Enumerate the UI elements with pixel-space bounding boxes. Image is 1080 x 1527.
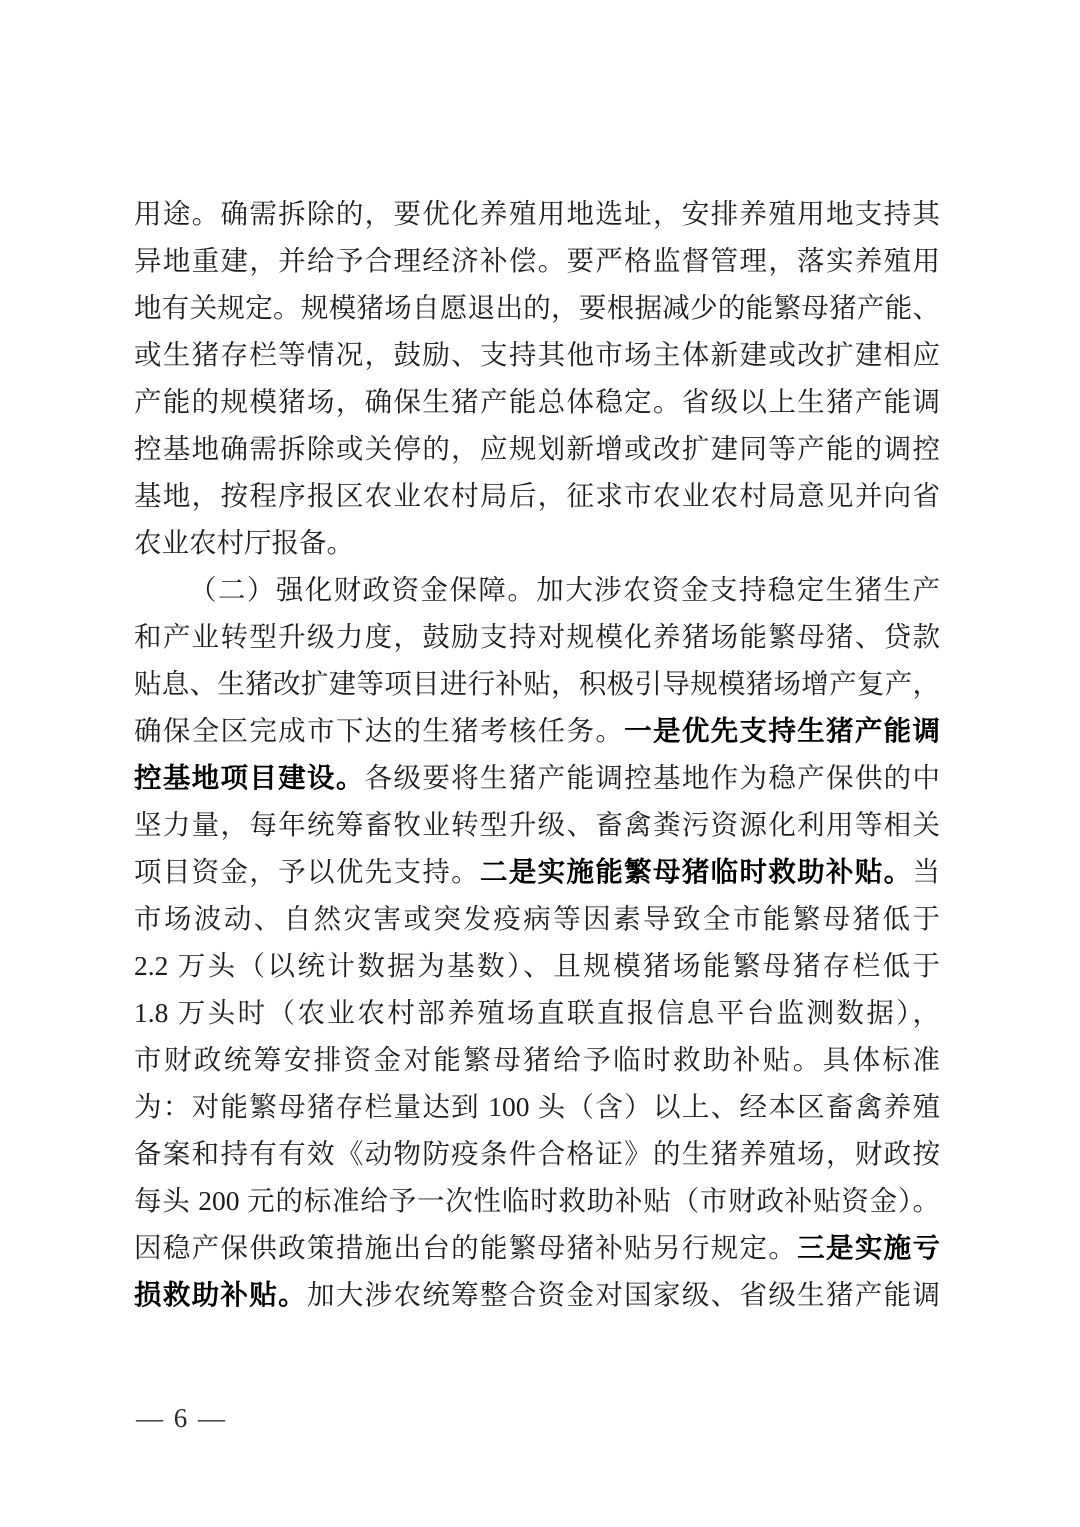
body-text: 或生猪存栏等情况，鼓励、支持其他市场主体新建或改扩建相应	[134, 339, 940, 370]
body-text: 每头 200 元的标准给予一次性临时救助补贴（市财政补贴资金）。	[134, 1185, 940, 1216]
text-line: 地有关规定。规模猪场自愿退出的，要根据减少的能繁母猪产能、	[134, 284, 940, 331]
body-text: 市财政统筹安排资金对能繁母猪给予临时救助补贴。具体标准	[134, 1044, 940, 1075]
body-text: 1.8 万头时（农业农村部养殖场直联直报信息平台监测数据），	[134, 997, 940, 1028]
body-text: 贴息、生猪改扩建等项目进行补贴，积极引导规模猪场增产复产，	[134, 668, 940, 699]
document-lines: 用途。确需拆除的，要优化养殖用地选址，安排养殖用地支持其异地重建，并给予合理经济…	[134, 190, 940, 1318]
text-line: 1.8 万头时（农业农村部养殖场直联直报信息平台监测数据），	[134, 989, 940, 1036]
body-text: 地有关规定。规模猪场自愿退出的，要根据减少的能繁母猪产能、	[134, 292, 940, 323]
body-text: 异地重建，并给予合理经济补偿。要严格监督管理，落实养殖用	[134, 245, 940, 276]
body-text: 产能的规模猪场，确保生猪产能总体稳定。省级以上生猪产能调	[134, 386, 940, 417]
text-line: 和产业转型升级力度，鼓励支持对规模化养猪场能繁母猪、贷款	[134, 613, 940, 660]
text-line: 坚力量，每年统筹畜牧业转型升级、畜禽粪污资源化利用等相关	[134, 801, 940, 848]
body-text: 农业农村厅报备。	[134, 527, 354, 558]
text-line: 因稳产保供政策措施出台的能繁母猪补贴另行规定。三是实施亏	[134, 1224, 940, 1271]
emphasis-text: 一是优先支持生猪产能调	[624, 715, 940, 746]
emphasis-text: 三是实施亏	[797, 1232, 940, 1263]
page-number: — 6 —	[136, 1403, 227, 1433]
body-text: 基地，按程序报区农业农村局后，征求市农业农村局意见并向省	[134, 480, 940, 511]
text-line: 为：对能繁母猪存栏量达到 100 头（含）以上、经本区畜禽养殖	[134, 1083, 940, 1130]
text-line: 基地，按程序报区农业农村局后，征求市农业农村局意见并向省	[134, 472, 940, 519]
text-line: 或生猪存栏等情况，鼓励、支持其他市场主体新建或改扩建相应	[134, 331, 940, 378]
body-text: 各级要将生猪产能调控基地作为稳产保供的中	[365, 762, 940, 793]
body-text: 用途。确需拆除的，要优化养殖用地选址，安排养殖用地支持其	[134, 198, 940, 229]
body-text: 坚力量，每年统筹畜牧业转型升级、畜禽粪污资源化利用等相关	[134, 809, 940, 840]
text-line: 项目资金，予以优先支持。二是实施能繁母猪临时救助补贴。当	[134, 848, 940, 895]
body-text: （二）强化财政资金保障。加大涉农资金支持稳定生猪生产	[189, 574, 940, 605]
body-text: 备案和持有有效《动物防疫条件合格证》的生猪养殖场，财政按	[134, 1138, 940, 1169]
body-text: 和产业转型升级力度，鼓励支持对规模化养猪场能繁母猪、贷款	[134, 621, 940, 652]
document-page: 用途。确需拆除的，要优化养殖用地选址，安排养殖用地支持其异地重建，并给予合理经济…	[0, 0, 1080, 1527]
text-line: 备案和持有有效《动物防疫条件合格证》的生猪养殖场，财政按	[134, 1130, 940, 1177]
body-text: 因稳产保供政策措施出台的能繁母猪补贴另行规定。	[134, 1232, 797, 1263]
text-line: 用途。确需拆除的，要优化养殖用地选址，安排养殖用地支持其	[134, 190, 940, 237]
text-line: （二）强化财政资金保障。加大涉农资金支持稳定生猪生产	[134, 566, 940, 613]
text-line: 确保全区完成市下达的生猪考核任务。一是优先支持生猪产能调	[134, 707, 940, 754]
text-line: 产能的规模猪场，确保生猪产能总体稳定。省级以上生猪产能调	[134, 378, 940, 425]
emphasis-text: 损救助补贴。	[134, 1279, 307, 1310]
body-text: 2.2 万头（以统计数据为基数）、且规模猪场能繁母猪存栏低于	[134, 950, 940, 981]
body-text: 确保全区完成市下达的生猪考核任务。	[134, 715, 624, 746]
text-line: 市场波动、自然灾害或突发疫病等因素导致全市能繁母猪低于	[134, 895, 940, 942]
body-text: 市场波动、自然灾害或突发疫病等因素导致全市能繁母猪低于	[134, 903, 940, 934]
body-text: 当	[913, 856, 941, 887]
body-text: 控基地确需拆除或关停的，应规划新增或改扩建同等产能的调控	[134, 433, 940, 464]
emphasis-text: 二是实施能繁母猪临时救助补贴。	[480, 856, 913, 887]
text-line: 异地重建，并给予合理经济补偿。要严格监督管理，落实养殖用	[134, 237, 940, 284]
text-line: 控基地确需拆除或关停的，应规划新增或改扩建同等产能的调控	[134, 425, 940, 472]
text-line: 2.2 万头（以统计数据为基数）、且规模猪场能繁母猪存栏低于	[134, 942, 940, 989]
page-footer: — 6 —	[136, 1398, 227, 1438]
emphasis-text: 控基地项目建设。	[134, 762, 365, 793]
body-text: 项目资金，予以优先支持。	[134, 856, 480, 887]
body-text: 为：对能繁母猪存栏量达到 100 头（含）以上、经本区畜禽养殖	[134, 1091, 940, 1122]
text-line: 每头 200 元的标准给予一次性临时救助补贴（市财政补贴资金）。	[134, 1177, 940, 1224]
text-line: 损救助补贴。加大涉农统筹整合资金对国家级、省级生猪产能调	[134, 1271, 940, 1318]
text-line: 贴息、生猪改扩建等项目进行补贴，积极引导规模猪场增产复产，	[134, 660, 940, 707]
text-line: 农业农村厅报备。	[134, 519, 940, 566]
body-text: 加大涉农统筹整合资金对国家级、省级生猪产能调	[307, 1279, 940, 1310]
text-line: 市财政统筹安排资金对能繁母猪给予临时救助补贴。具体标准	[134, 1036, 940, 1083]
text-line: 控基地项目建设。各级要将生猪产能调控基地作为稳产保供的中	[134, 754, 940, 801]
